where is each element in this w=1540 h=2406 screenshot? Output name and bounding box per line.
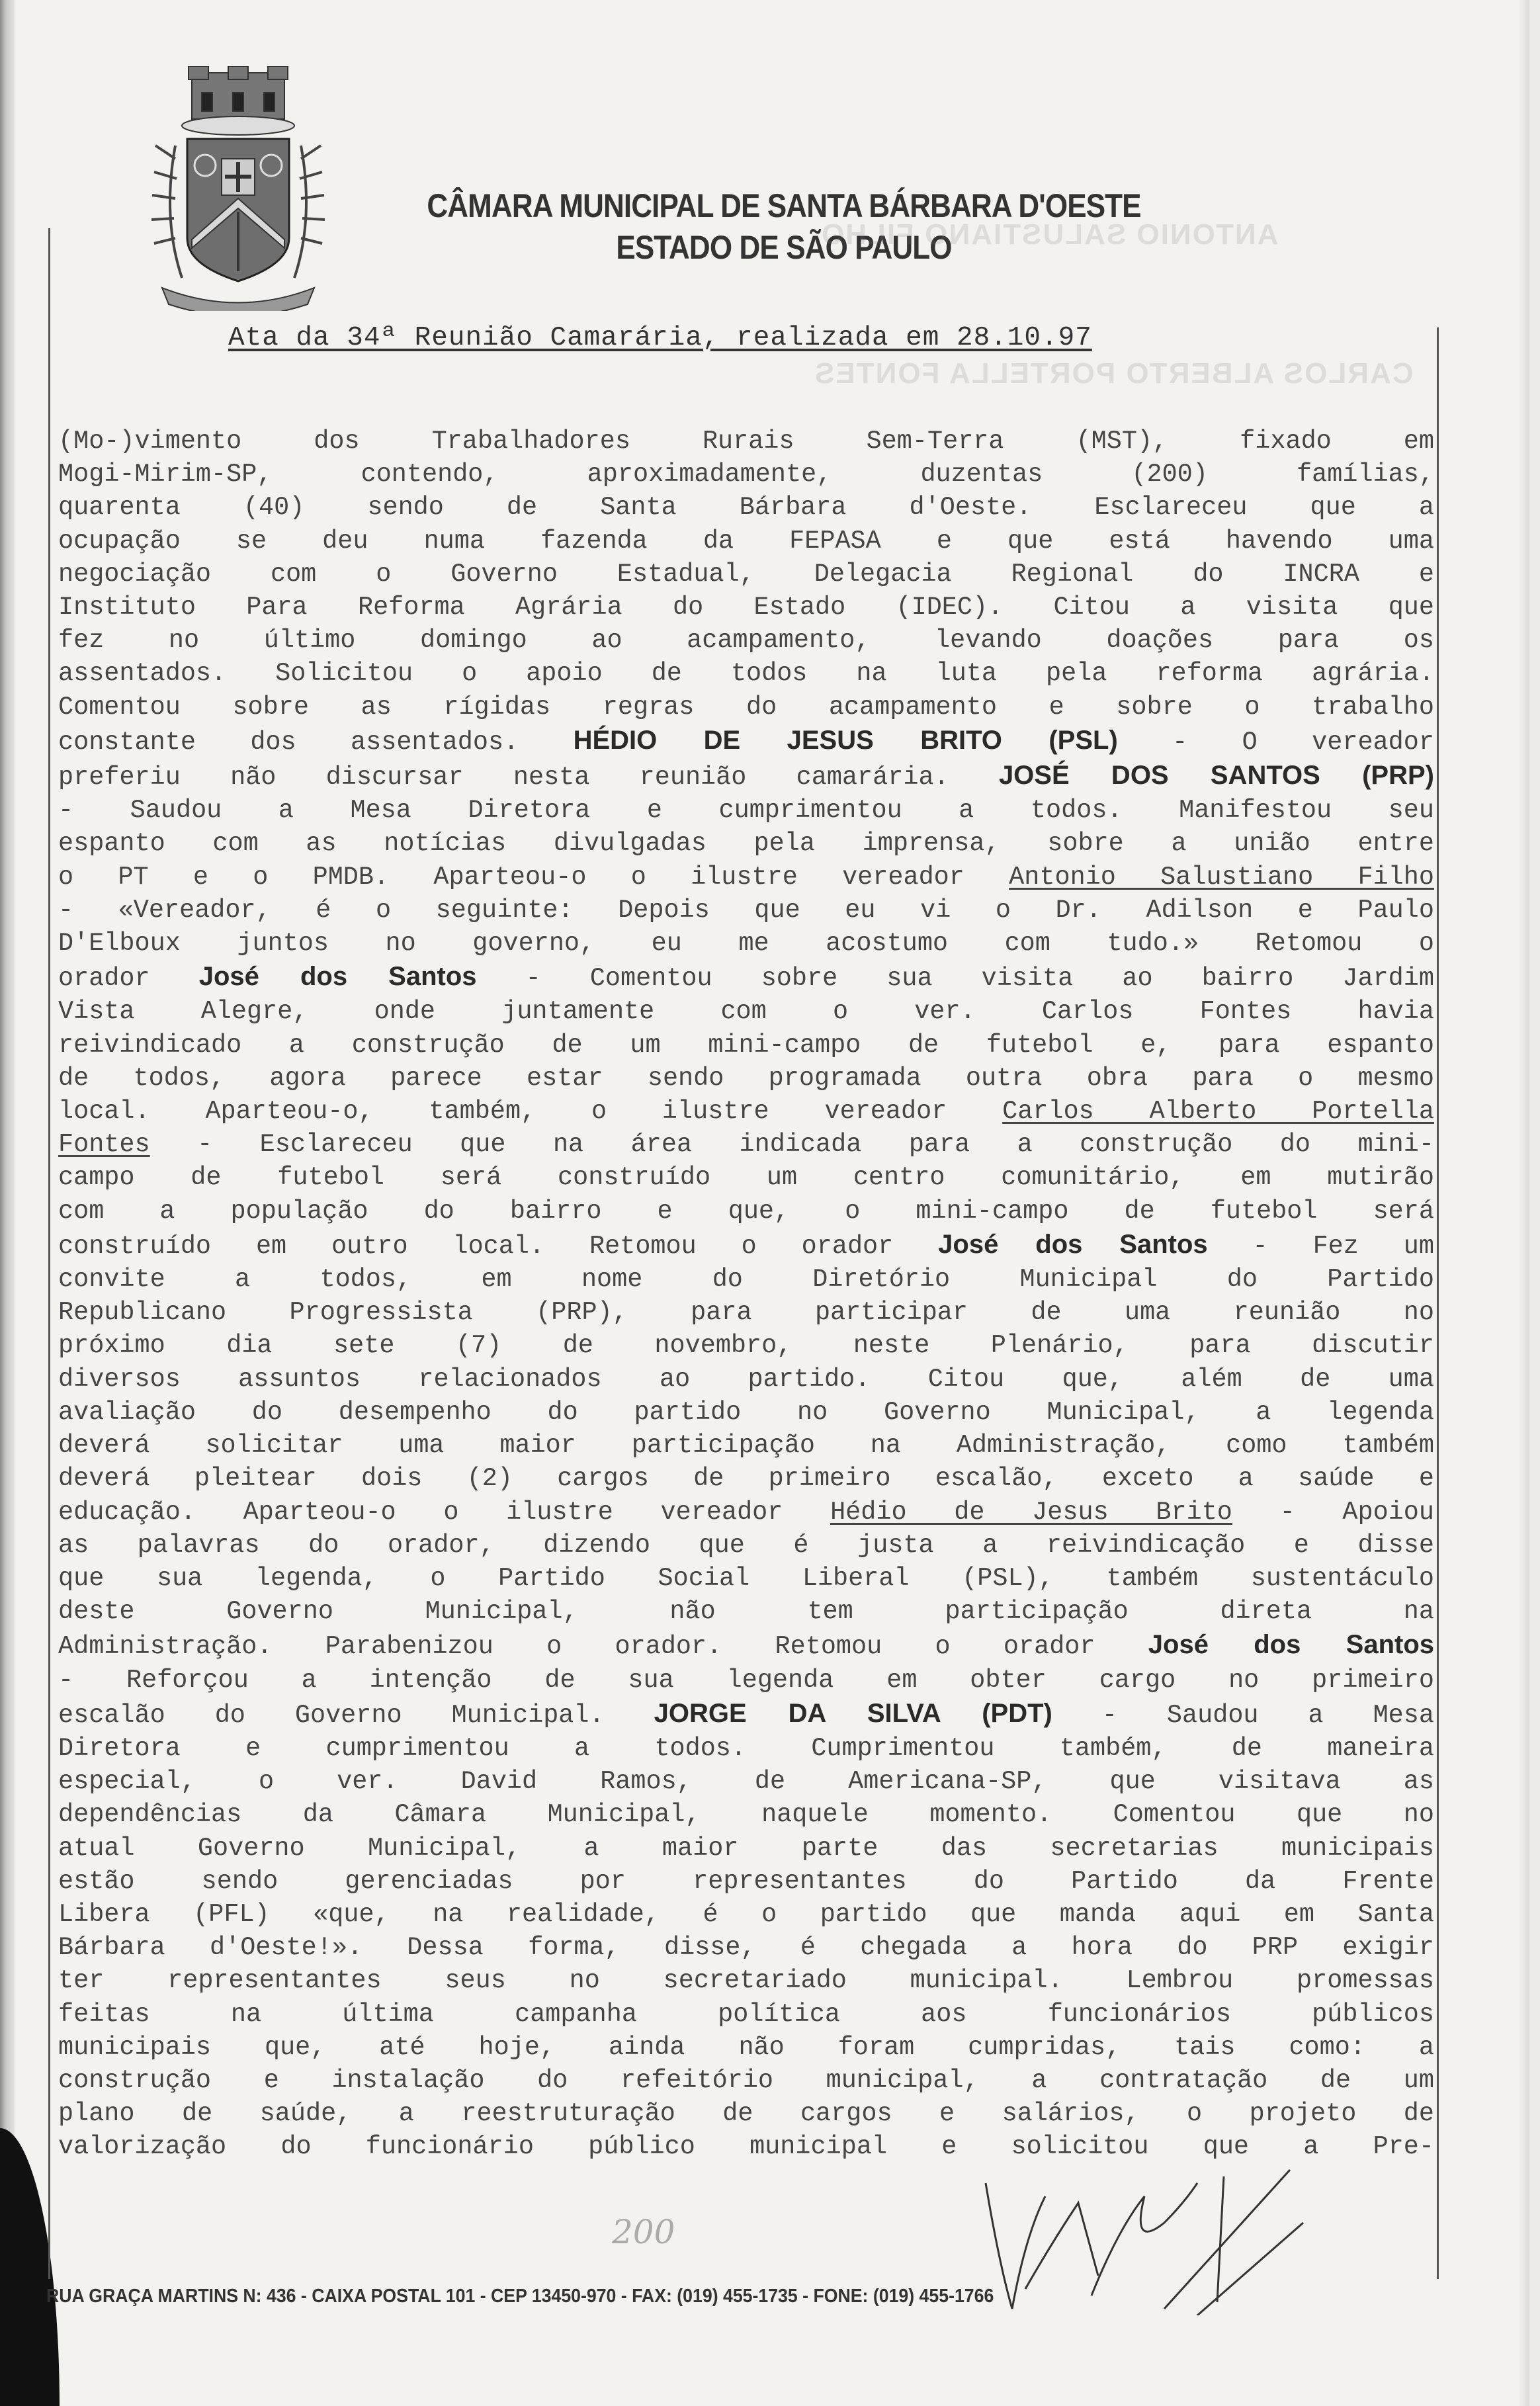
- text-segment: campo de futebol será construído um cent…: [58, 1163, 1434, 1192]
- text-segment: com a população do bairro e que, o mini-…: [58, 1197, 1434, 1226]
- text-segment: feitas na última campanha política aos f…: [58, 2000, 1434, 2029]
- text-line: preferiu não discursar nesta reunião cam…: [58, 759, 1434, 794]
- text-segment: constante dos assentados.: [58, 728, 574, 757]
- text-segment: - Reforçou a intenção de sua legenda em …: [58, 1666, 1434, 1695]
- text-segment: Instituto Para Reforma Agrária do Estado…: [58, 593, 1434, 622]
- text-line: espanto com as notícias divulgadas pela …: [58, 827, 1434, 860]
- watermark-text: CARLOS ALBERTO PORTELLA FONTES: [814, 357, 1414, 390]
- text-segment: assentados. Solicitou o apoio de todos n…: [58, 659, 1434, 688]
- text-segment: preferiu não discursar nesta reunião cam…: [58, 763, 999, 792]
- text-line: com a população do bairro e que, o mini-…: [58, 1195, 1434, 1228]
- scan-edge: [0, 0, 15, 2406]
- text-line: construído em outro local. Retomou o ora…: [58, 1228, 1434, 1263]
- text-line: que sua legenda, o Partido Social Libera…: [58, 1562, 1434, 1595]
- text-segment: - «Vereador, é o seguinte: Depois que eu…: [58, 896, 1434, 925]
- text-segment: espanto com as notícias divulgadas pela …: [58, 829, 1434, 858]
- speaker-name: HÉDIO DE JESUS BRITO (PSL): [574, 726, 1118, 755]
- text-segment: dependências da Câmara Municipal, naquel…: [58, 1800, 1434, 1829]
- aparte-name: Hédio de Jesus Brito: [830, 1498, 1232, 1527]
- margin-rule-right: [1437, 327, 1439, 2279]
- text-line: ter representantes seus no secretariado …: [58, 1964, 1434, 1997]
- text-line: convite a todos, em nome do Diretório Mu…: [58, 1263, 1434, 1296]
- text-line: deverá solicitar uma maior participação …: [58, 1429, 1434, 1462]
- margin-rule-left: [48, 228, 50, 2279]
- text-line: - Reforçou a intenção de sua legenda em …: [58, 1664, 1434, 1697]
- footer-address: RUA GRAÇA MARTINS N: 436 - CAIXA POSTAL …: [46, 2286, 994, 2307]
- text-segment: estão sendo gerenciadas por representant…: [58, 1867, 1434, 1896]
- speaker-name: José dos Santos: [938, 1230, 1207, 1259]
- text-segment: de todos, agora parece estar sendo progr…: [58, 1064, 1434, 1093]
- text-line: feitas na última campanha política aos f…: [58, 1998, 1434, 2031]
- text-line: as palavras do orador, dizendo que é jus…: [58, 1529, 1434, 1562]
- text-segment: D'Elboux juntos no governo, eu me acostu…: [58, 929, 1434, 958]
- text-line: estão sendo gerenciadas por representant…: [58, 1865, 1434, 1898]
- text-line: avaliação do desempenho do partido no Go…: [58, 1396, 1434, 1429]
- aparte-name: Carlos Alberto Portella: [1002, 1097, 1434, 1126]
- text-segment: (Mo-)vimento dos Trabalhadores Rurais Se…: [58, 427, 1434, 456]
- text-segment: especial, o ver. David Ramos, de America…: [58, 1767, 1434, 1796]
- text-segment: Administração. Parabenizou o orador. Ret…: [58, 1632, 1148, 1661]
- text-segment: quarenta (40) sendo de Santa Bárbara d'O…: [58, 493, 1434, 522]
- text-segment: - Saudou a Mesa Diretora e cumprimentou …: [58, 796, 1434, 825]
- text-line: (Mo-)vimento dos Trabalhadores Rurais Se…: [58, 425, 1434, 458]
- page-number-handwritten: 200: [612, 2213, 675, 2251]
- text-line: D'Elboux juntos no governo, eu me acostu…: [58, 927, 1434, 960]
- text-segment: - Esclareceu que na área indicada para a…: [150, 1130, 1434, 1159]
- text-line: fez no último domingo ao acampamento, le…: [58, 624, 1434, 657]
- speaker-name: JORGE DA SILVA (PDT): [654, 1699, 1052, 1728]
- speaker-name: JOSÉ DOS SANTOS (PRP): [999, 761, 1434, 790]
- text-segment: fez no último domingo ao acampamento, le…: [58, 626, 1434, 655]
- text-segment: reivindicado a construção de um mini-cam…: [58, 1031, 1434, 1060]
- text-segment: que sua legenda, o Partido Social Libera…: [58, 1564, 1434, 1593]
- text-segment: diversos assuntos relacionados ao partid…: [58, 1365, 1434, 1394]
- text-line: - «Vereador, é o seguinte: Depois que eu…: [58, 894, 1434, 927]
- text-line: deste Governo Municipal, não tem partici…: [58, 1595, 1434, 1628]
- text-line: - Saudou a Mesa Diretora e cumprimentou …: [58, 794, 1434, 827]
- text-segment: plano de saúde, a reestruturação de carg…: [58, 2099, 1434, 2128]
- text-segment: construção e instalação do refeitório mu…: [58, 2066, 1434, 2095]
- aparte-name: Antonio Salustiano Filho: [1009, 863, 1434, 892]
- text-segment: convite a todos, em nome do Diretório Mu…: [58, 1265, 1434, 1294]
- text-segment: escalão do Governo Municipal.: [58, 1701, 654, 1730]
- page-edge: [1519, 0, 1529, 2406]
- text-line: Instituto Para Reforma Agrária do Estado…: [58, 591, 1434, 624]
- text-line: escalão do Governo Municipal. JORGE DA S…: [58, 1697, 1434, 1732]
- text-segment: Vista Alegre, onde juntamente com o ver.…: [58, 997, 1434, 1026]
- text-segment: - Fez um: [1208, 1232, 1434, 1261]
- text-line: Vista Alegre, onde juntamente com o ver.…: [58, 995, 1434, 1028]
- text-segment: Republicano Progressista (PRP), para par…: [58, 1298, 1434, 1327]
- text-segment: - O vereador: [1118, 728, 1434, 757]
- text-segment: deverá solicitar uma maior participação …: [58, 1431, 1434, 1460]
- text-line: diversos assuntos relacionados ao partid…: [58, 1363, 1434, 1396]
- text-segment: atual Governo Municipal, a maior parte d…: [58, 1834, 1434, 1863]
- text-segment: - Comentou sobre sua visita ao bairro Ja…: [477, 964, 1434, 993]
- text-line: ocupação se deu numa fazenda da FEPASA e…: [58, 525, 1434, 558]
- text-line: Diretora e cumprimentou a todos. Cumprim…: [58, 1732, 1434, 1765]
- text-segment: construído em outro local. Retomou o ora…: [58, 1232, 938, 1261]
- text-line: assentados. Solicitou o apoio de todos n…: [58, 657, 1434, 690]
- text-segment: - Saudou a Mesa: [1052, 1701, 1434, 1730]
- text-line: dependências da Câmara Municipal, naquel…: [58, 1798, 1434, 1831]
- text-line: plano de saúde, a reestruturação de carg…: [58, 2097, 1434, 2130]
- text-line: local. Aparteou-o, também, o ilustre ver…: [58, 1095, 1434, 1128]
- text-line: construção e instalação do refeitório mu…: [58, 2064, 1434, 2097]
- text-segment: Bárbara d'Oeste!». Dessa forma, disse, é…: [58, 1933, 1434, 1962]
- text-line: Comentou sobre as rígidas regras do acam…: [58, 691, 1434, 724]
- text-line: Bárbara d'Oeste!». Dessa forma, disse, é…: [58, 1931, 1434, 1964]
- text-line: quarenta (40) sendo de Santa Bárbara d'O…: [58, 491, 1434, 524]
- text-segment: local. Aparteou-o, também, o ilustre ver…: [58, 1097, 1002, 1126]
- text-segment: negociação com o Governo Estadual, Deleg…: [58, 560, 1434, 589]
- text-line: atual Governo Municipal, a maior parte d…: [58, 1832, 1434, 1865]
- text-line: educação. Aparteou-o o ilustre vereador …: [58, 1496, 1434, 1529]
- text-segment: Mogi-Mirim-SP, contendo, aproximadamente…: [58, 460, 1434, 489]
- text-segment: Libera (PFL) «que, na realidade, é o par…: [58, 1900, 1434, 1929]
- text-line: o PT e o PMDB. Aparteou-o o ilustre vere…: [58, 861, 1434, 894]
- text-segment: o PT e o PMDB. Aparteou-o o ilustre vere…: [58, 863, 1009, 892]
- text-segment: educação. Aparteou-o o ilustre vereador: [58, 1498, 830, 1527]
- text-line: Republicano Progressista (PRP), para par…: [58, 1296, 1434, 1329]
- speaker-name: José dos Santos: [199, 962, 477, 991]
- text-line: especial, o ver. David Ramos, de America…: [58, 1765, 1434, 1798]
- text-line: deverá pleitear dois (2) cargos de prime…: [58, 1462, 1434, 1495]
- text-segment: ter representantes seus no secretariado …: [58, 1966, 1434, 1995]
- text-segment: Comentou sobre as rígidas regras do acam…: [58, 693, 1434, 722]
- text-segment: próximo dia sete (7) de novembro, neste …: [58, 1331, 1434, 1360]
- text-line: Mogi-Mirim-SP, contendo, aproximadamente…: [58, 458, 1434, 491]
- text-segment: municipais que, até hoje, ainda não fora…: [58, 2033, 1434, 2062]
- text-line: negociação com o Governo Estadual, Deleg…: [58, 558, 1434, 591]
- minutes-title: Ata da 34ª Reunião Camarária, realizada …: [228, 323, 1092, 353]
- text-line: constante dos assentados. HÉDIO DE JESUS…: [58, 724, 1434, 759]
- text-line: de todos, agora parece estar sendo progr…: [58, 1062, 1434, 1095]
- text-line: Administração. Parabenizou o orador. Ret…: [58, 1628, 1434, 1663]
- text-segment: Diretora e cumprimentou a todos. Cumprim…: [58, 1734, 1434, 1763]
- text-segment: deste Governo Municipal, não tem partici…: [58, 1597, 1434, 1626]
- text-line: reivindicado a construção de um mini-cam…: [58, 1029, 1434, 1062]
- text-line: orador José dos Santos - Comentou sobre …: [58, 960, 1434, 995]
- text-line: campo de futebol será construído um cent…: [58, 1161, 1434, 1194]
- text-segment: - Apoiou: [1232, 1498, 1434, 1527]
- text-line: Fontes - Esclareceu que na área indicada…: [58, 1128, 1434, 1161]
- aparte-name: Fontes: [58, 1130, 150, 1159]
- text-segment: ocupação se deu numa fazenda da FEPASA e…: [58, 527, 1434, 556]
- text-segment: avaliação do desempenho do partido no Go…: [58, 1398, 1434, 1427]
- text-line: próximo dia sete (7) de novembro, neste …: [58, 1329, 1434, 1362]
- speaker-name: José dos Santos: [1148, 1630, 1434, 1659]
- text-segment: deverá pleitear dois (2) cargos de prime…: [58, 1464, 1434, 1493]
- signatures-icon: [946, 2157, 1475, 2315]
- text-segment: as palavras do orador, dizendo que é jus…: [58, 1531, 1434, 1560]
- text-line: Libera (PFL) «que, na realidade, é o par…: [58, 1898, 1434, 1931]
- text-segment: orador: [58, 964, 199, 993]
- text-line: municipais que, até hoje, ainda não fora…: [58, 2031, 1434, 2064]
- minutes-body: (Mo-)vimento dos Trabalhadores Rurais Se…: [58, 425, 1434, 2164]
- watermark-text: ANTONIO SALUSTIANO FILHO: [820, 218, 1279, 251]
